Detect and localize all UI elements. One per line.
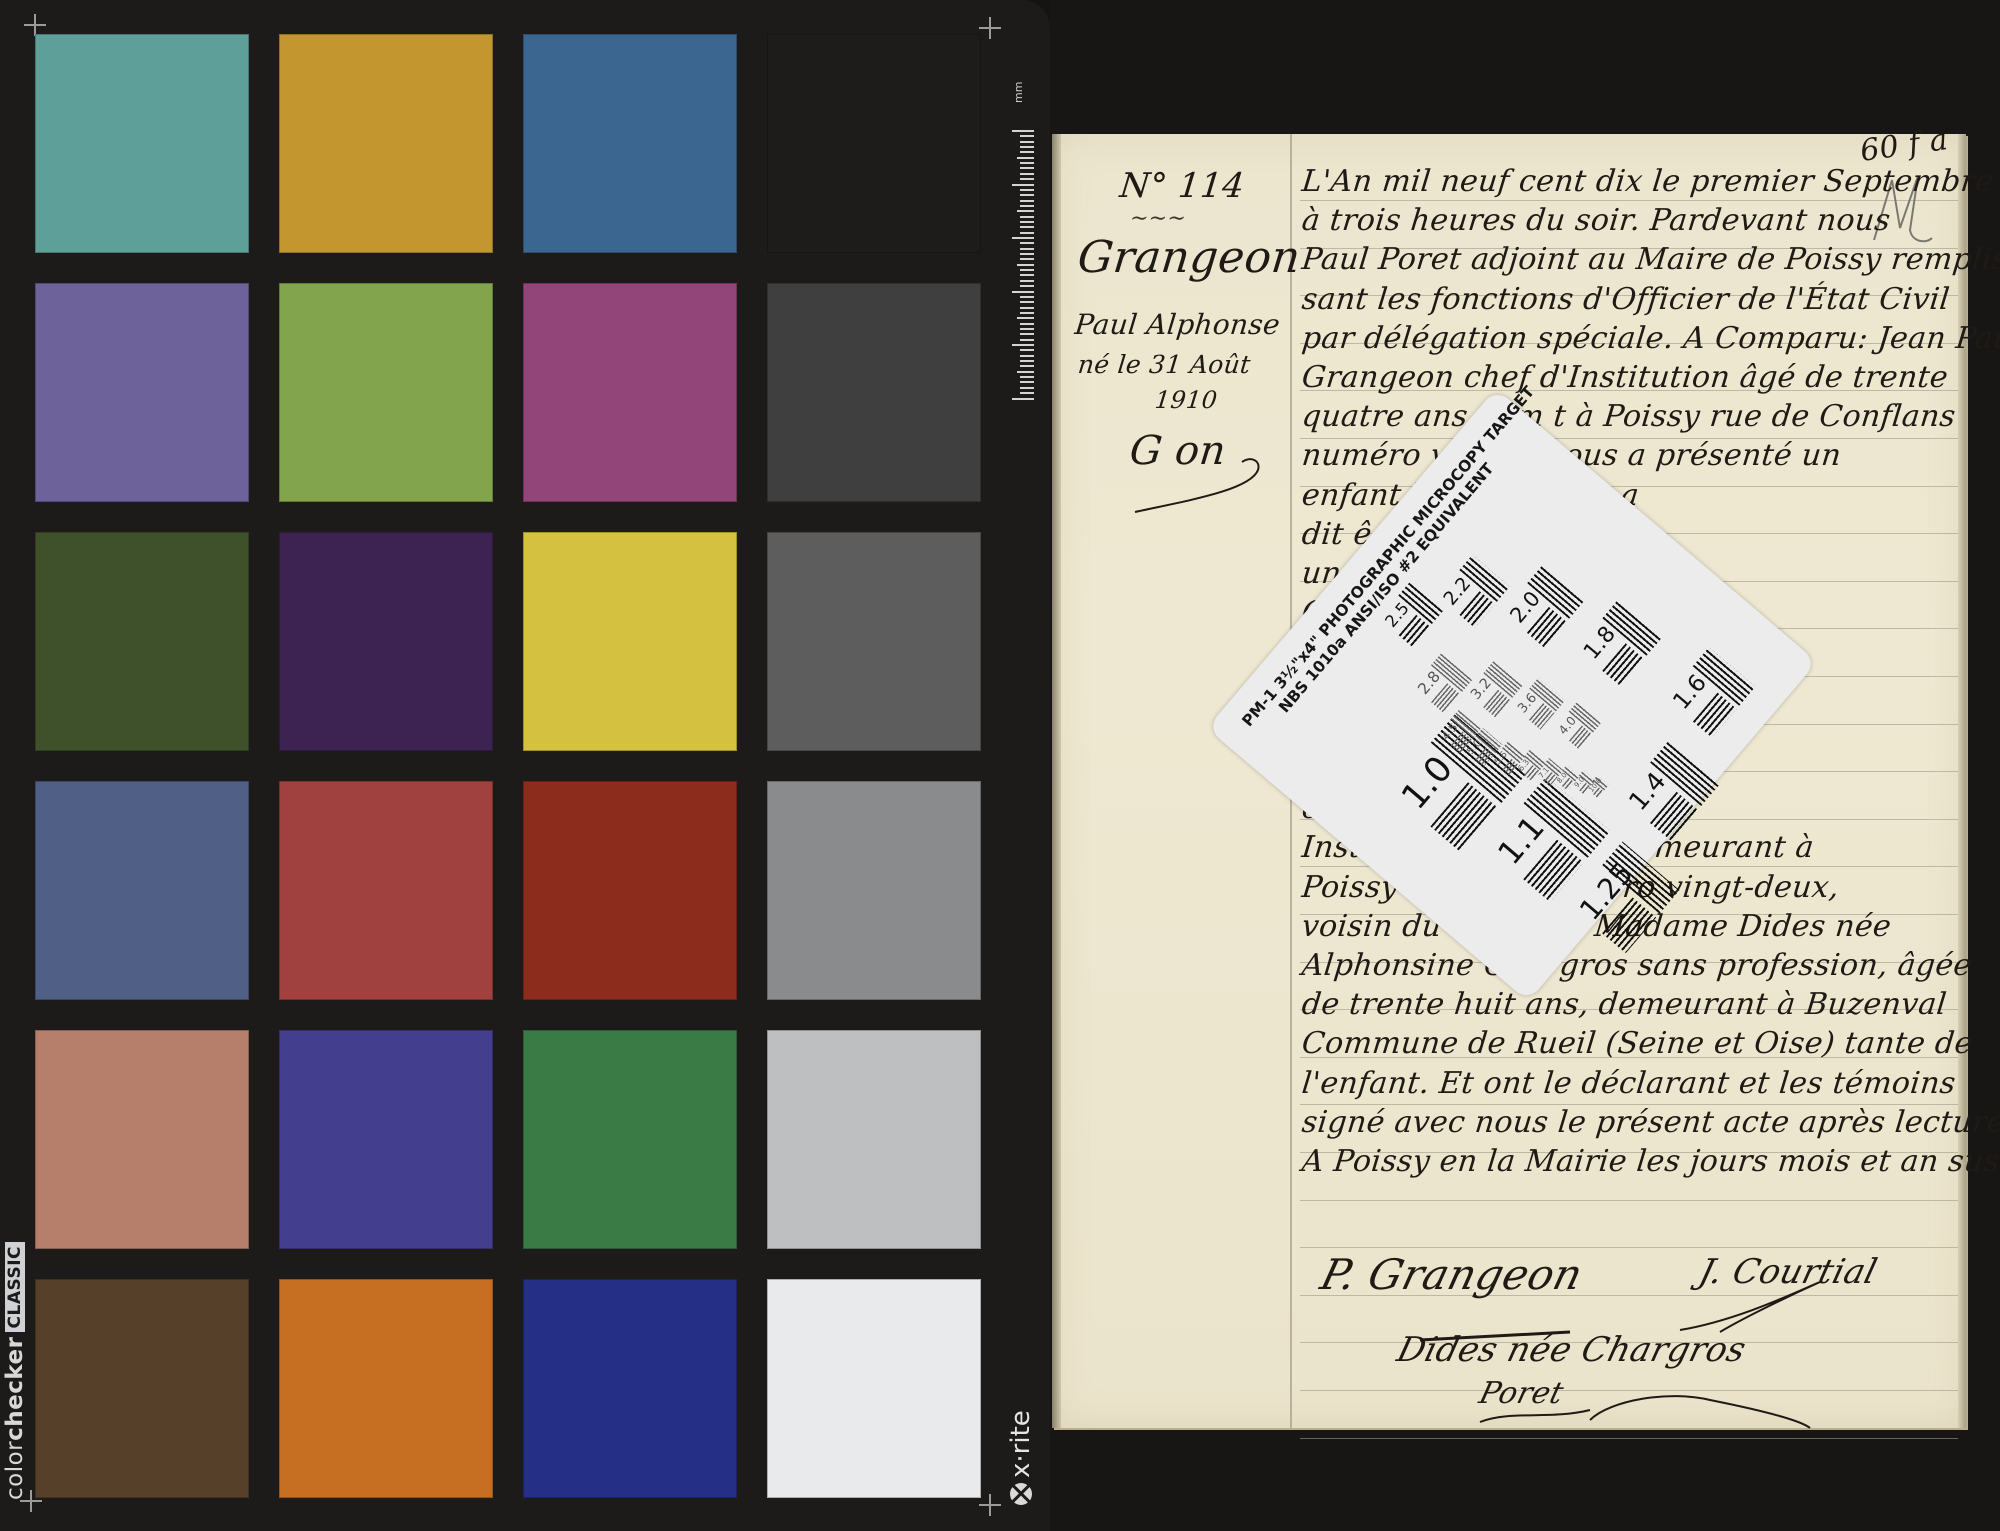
registration-cross-icon	[979, 1494, 1001, 1516]
color-checker-card: mm colorcheckerCLASSIC x·rite	[0, 0, 1050, 1531]
color-patch-neutral-3.5	[767, 283, 981, 502]
ruler-tick	[1020, 258, 1034, 260]
color-patch-green	[523, 1030, 737, 1249]
act-text-line: Commune de Rueil (Seine et Oise) tante d…	[1300, 1026, 1974, 1061]
color-patch-blue	[523, 34, 737, 253]
ruler-tick	[1020, 141, 1034, 143]
ruler-tick	[1017, 210, 1034, 212]
act-text-line: Grangeon chef d'Institution âgé de trent…	[1300, 360, 1950, 395]
color-patch-yellow-green	[279, 283, 493, 502]
ruler-tick	[1020, 242, 1034, 244]
ruler-tick	[1020, 135, 1034, 137]
ruler-unit-label: mm	[1012, 82, 1025, 103]
ruler-tick	[1020, 216, 1034, 218]
act-text-line: de trente huit ans, demeurant à Buzenval	[1300, 987, 1948, 1022]
signature-flourishes-icon	[1380, 1260, 1960, 1440]
color-patch-deep-blue	[523, 1279, 737, 1498]
ruled-line	[1300, 1200, 1958, 1201]
ruler-tick	[1020, 167, 1034, 169]
margin-surname: Grangeon	[1075, 232, 1303, 283]
ruler-tick	[1017, 317, 1034, 319]
ruler-tick	[1017, 371, 1034, 373]
color-patch-blue-violet	[279, 1030, 493, 1249]
ruler-tick	[1017, 264, 1034, 266]
ruler-tick	[1020, 392, 1034, 394]
number-flourish: ~~~	[1129, 206, 1188, 231]
xrite-wordmark: x·rite	[1006, 1410, 1036, 1478]
brand-classic-tag: CLASSIC	[5, 1242, 25, 1333]
ruler-tick	[1020, 387, 1034, 389]
ruled-line	[1300, 200, 1958, 201]
ruler-tick	[1020, 221, 1034, 223]
ruler-tick	[1020, 301, 1034, 303]
color-patch-black	[767, 34, 981, 253]
margin-birth-year: 1910	[1154, 386, 1219, 414]
ruler-tick	[1020, 365, 1034, 367]
color-patch-blue-sky	[35, 781, 249, 1000]
act-text-line: Alphonsine Chargros sans profession, âgé…	[1300, 948, 1973, 983]
ruler-tick	[1020, 349, 1034, 351]
ruler-tick	[1020, 280, 1034, 282]
color-patch-moderate-red	[279, 781, 493, 1000]
ruler-tick	[1020, 194, 1034, 196]
ruler-tick	[1020, 253, 1034, 255]
color-patch-dark-skin	[35, 1279, 249, 1498]
act-text-line: l'enfant. Et ont le déclarant et les tém…	[1300, 1066, 1957, 1101]
ruler-tick	[1020, 248, 1034, 250]
act-text-line: signé avec nous le présent acte après le…	[1300, 1105, 2000, 1140]
ruler-tick	[1020, 226, 1034, 228]
color-patch-cyan	[35, 34, 249, 253]
ruler-tick	[1020, 189, 1034, 191]
ruler-tick	[1020, 312, 1034, 314]
ruler-tick	[1020, 328, 1034, 330]
ruler-tick	[1020, 178, 1034, 180]
ruler-tick	[1020, 274, 1034, 276]
page-binding-edge	[1052, 134, 1061, 1428]
brand-thin-text: color	[2, 1441, 28, 1500]
registration-cross-icon	[979, 17, 1001, 39]
ruler-tick	[1020, 323, 1034, 325]
ruler-tick	[1020, 269, 1034, 271]
ruler-tick	[1020, 376, 1034, 378]
color-patch-red	[523, 781, 737, 1000]
brand-bold-text: checker	[2, 1336, 28, 1440]
act-text-line: sant les fonctions d'Officier de l'État …	[1300, 282, 1951, 317]
xrite-logo: x·rite	[1006, 1410, 1036, 1505]
act-text-line: L'An mil neuf cent dix le premier Septem…	[1300, 164, 1995, 199]
act-text-line: quatre ans dem t à Poissy rue de Conflan…	[1300, 399, 1957, 434]
ruler-tick	[1020, 355, 1034, 357]
ruler-tick	[1012, 184, 1034, 186]
margin-birth-date: né le 31 Août	[1076, 350, 1252, 379]
registration-cross-icon	[24, 14, 46, 36]
colorchecker-brand-label: colorcheckerCLASSIC	[2, 1242, 28, 1500]
act-text-line: par délégation spéciale. A Comparu: Jean…	[1300, 321, 2000, 356]
entry-number: N° 114	[1118, 166, 1246, 206]
color-patch-purple-blue	[35, 283, 249, 502]
color-patch-neutral-6.5	[767, 781, 981, 1000]
margin-given-names: Paul Alphonse	[1073, 308, 1281, 341]
ruler-tick	[1020, 151, 1034, 153]
color-patch-light-skin	[35, 1030, 249, 1249]
ruler-tick	[1020, 296, 1034, 298]
ruler-tick	[1020, 162, 1034, 164]
margin-flourish-icon	[1130, 450, 1270, 520]
color-patch-yellow-orange	[279, 34, 493, 253]
xrite-mark-icon	[1010, 1483, 1032, 1505]
ruler-tick	[1020, 173, 1034, 175]
color-patch-orange	[279, 1279, 493, 1498]
color-patch-neutral-8	[767, 1030, 981, 1249]
ruler-tick	[1020, 381, 1034, 383]
color-patch-foliage	[35, 532, 249, 751]
ruled-line	[1300, 1247, 1958, 1248]
color-patch-white	[767, 1279, 981, 1498]
act-text-line: à trois heures du soir. Pardevant nous	[1300, 203, 1892, 238]
ruler-tick	[1020, 360, 1034, 362]
color-patch-magenta	[523, 283, 737, 502]
act-text-line: A Poissy en la Mairie les jours mois et …	[1300, 1144, 2000, 1179]
ruler-tick	[1017, 157, 1034, 159]
ruler-tick	[1020, 146, 1034, 148]
ruler-tick	[1012, 291, 1034, 293]
ruler-tick	[1020, 307, 1034, 309]
act-text-line: Paul Poret adjoint au Maire de Poissy re…	[1300, 242, 2000, 277]
ruler-tick	[1020, 205, 1034, 207]
color-patch-yellow	[523, 532, 737, 751]
color-patch-neutral-5	[767, 532, 981, 751]
ruler-tick	[1020, 200, 1034, 202]
ruler-tick	[1020, 333, 1034, 335]
ruler-tick	[1012, 344, 1034, 346]
mm-ruler	[1008, 128, 1038, 404]
ruler-tick	[1012, 398, 1034, 400]
ruler-tick	[1020, 232, 1034, 234]
color-patch-purple	[279, 532, 493, 751]
ruler-tick	[1020, 339, 1034, 341]
ruler-tick	[1012, 237, 1034, 239]
ruler-tick	[1020, 285, 1034, 287]
ruler-tick	[1012, 130, 1034, 132]
